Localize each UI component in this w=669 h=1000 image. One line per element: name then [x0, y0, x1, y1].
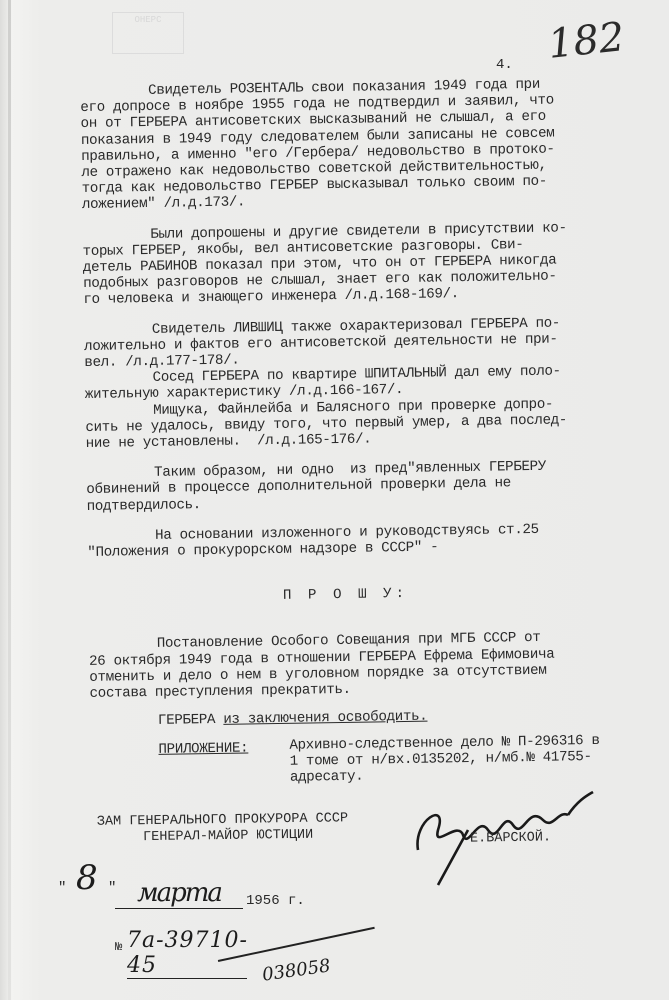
document-page: ОНЕРС 182 4. Свидетель РОЗЕНТАЛЬ свои по… — [0, 0, 669, 1000]
handwritten-registration-subnumber: 038058 — [261, 955, 332, 985]
release-order-name: ГЕРБЕРА — [158, 712, 215, 729]
signatory-name: Е.ВАРСКОЙ. — [470, 830, 551, 846]
page-binding-edge — [8, 0, 11, 1000]
handwritten-registration-number: 7а-39710-45 — [127, 928, 247, 979]
paragraph-unquestioned-witnesses: Мищука, Файнлейба и Балясного при провер… — [85, 395, 631, 452]
handwritten-folio-number: 182 — [546, 14, 627, 68]
date-open-quote: " — [58, 880, 66, 896]
page-number: 4. — [496, 57, 513, 73]
release-order-text: из заключения освободить. — [223, 709, 427, 728]
paragraph-other-witnesses: Были допрошены и другие свидетели в прис… — [82, 219, 628, 309]
paragraph-conclusion: Таким образом, ни одно из пред"явленных … — [86, 458, 632, 515]
date-year: 1956 г. — [246, 893, 305, 909]
signatory-title: ЗАМ ГЕНЕРАЛЬНОГО ПРОКУРОРА СССР ГЕНЕРАЛ-… — [97, 811, 349, 847]
registration-number-sign: № — [115, 940, 122, 954]
handwritten-date-day: 8 — [76, 858, 98, 898]
handwritten-date-month: марта — [115, 878, 243, 909]
paragraph-livshits: Свидетель ЛИВШИЦ также охарактеризовал Г… — [84, 314, 630, 371]
attachment-block: ПРИЛОЖЕНИЕ: Архивно-следственное дело № … — [90, 734, 636, 789]
body-text: Свидетель РОЗЕНТАЛЬ свои показания 1949 … — [80, 75, 636, 789]
resolution-paragraph: Постановление Особого Совещания при МГБ … — [89, 629, 635, 702]
paragraph-rozental: Свидетель РОЗЕНТАЛЬ свои показания 1949 … — [80, 75, 627, 213]
ghost-stamp-bleedthrough: ОНЕРС — [112, 12, 184, 54]
attachment-label: ПРИЛОЖЕНИЕ: — [90, 739, 294, 789]
